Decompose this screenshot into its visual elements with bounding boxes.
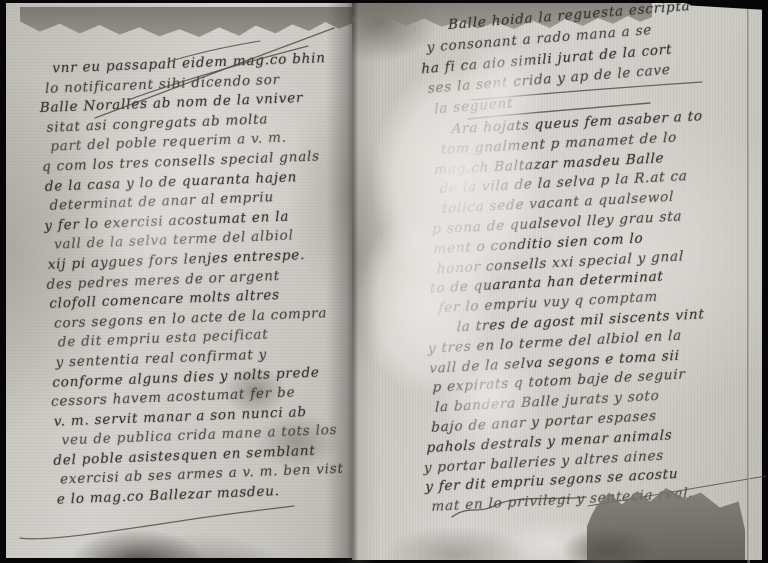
left-page: vnr eu passapali eidem mag.co bhinlo not… [6, 2, 352, 558]
right-page-marginal-note-block: Balle hoida la reguesta escriptay conson… [422, 3, 754, 121]
manuscript-scan: vnr eu passapali eidem mag.co bhinlo not… [0, 0, 768, 563]
right-page: Balle hoida la reguesta escriptay conson… [352, 3, 762, 560]
left-page-water-stain-band [20, 7, 352, 37]
left-page-text-block: vnr eu passapali eidem mag.co bhinlo not… [40, 48, 352, 510]
right-page-crida-text-block: Ara hojats queus fem asaber a totom gnal… [424, 105, 749, 519]
scan-edge-top [0, 0, 768, 3]
